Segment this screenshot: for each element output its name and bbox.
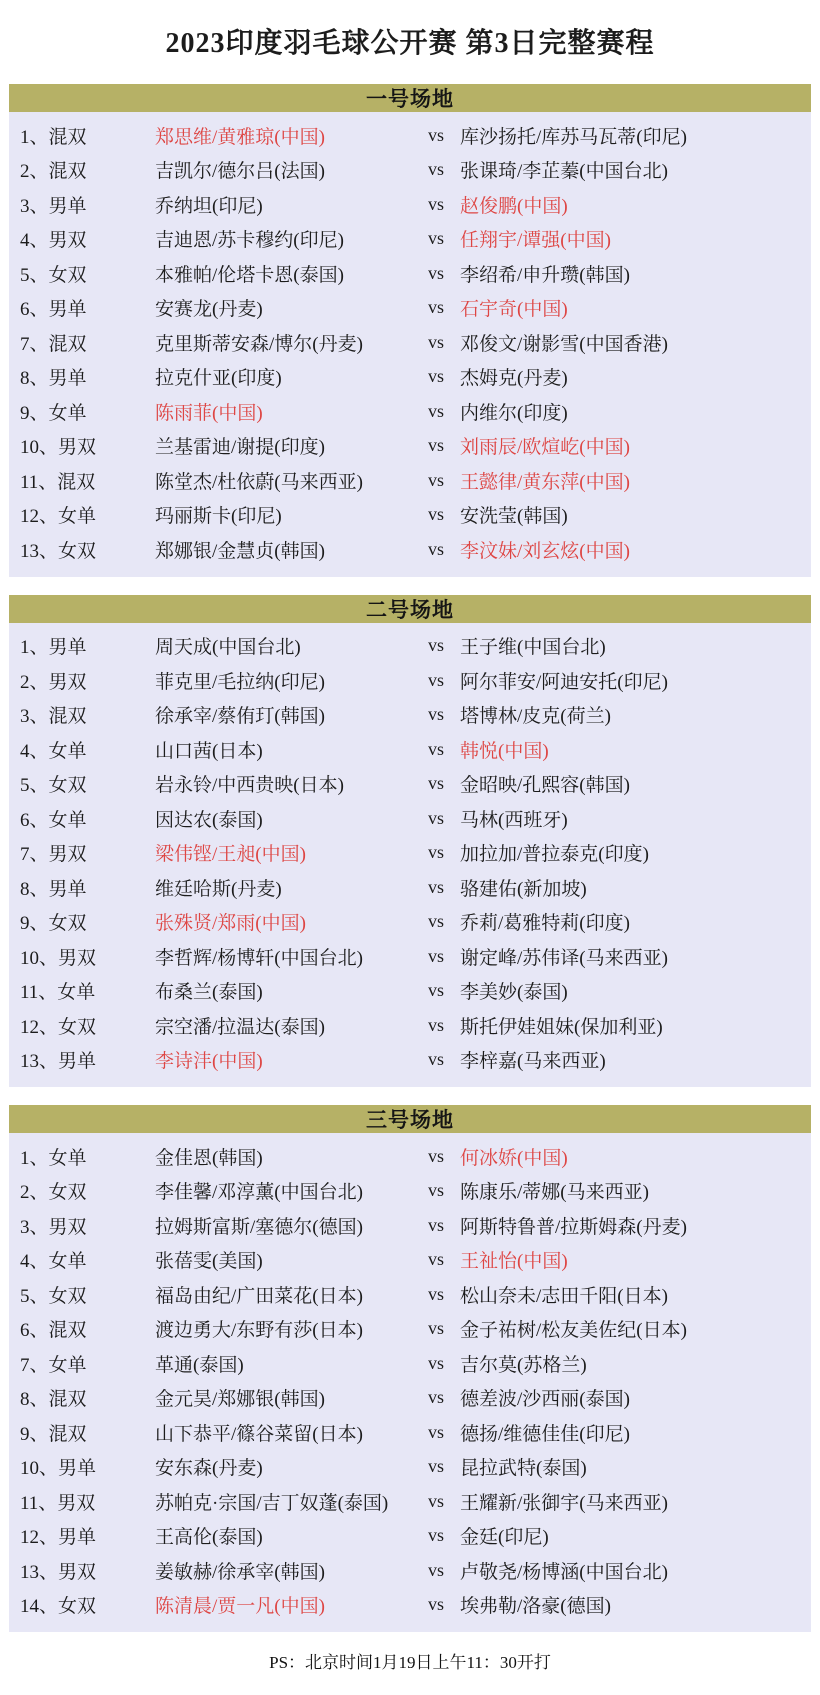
player-left: 玛丽斯卡(印尼) xyxy=(155,501,428,528)
match-number-and-event: 2、女双 xyxy=(20,1177,155,1204)
court-section: 一号场地 1、混双郑思维/黄雅琼(中国)vs库沙扬托/库苏马瓦蒂(印尼)2、混双… xyxy=(9,84,811,577)
match-row: 4、女单山口茜(日本)vs韩悦(中国) xyxy=(9,732,811,767)
vs-label: vs xyxy=(428,228,460,249)
vs-label: vs xyxy=(428,1249,460,1270)
player-left: 金元昊/郑娜银(韩国) xyxy=(155,1384,428,1411)
match-row: 9、女双张殊贤/郑雨(中国)vs乔莉/葛雅特莉(印度) xyxy=(9,905,811,940)
player-right: 李美妙(泰国) xyxy=(460,977,811,1004)
page-footer: PS：北京时间1月19日上午11：30开打 xyxy=(0,1648,820,1673)
vs-label: vs xyxy=(428,1015,460,1036)
match-number-and-event: 5、女双 xyxy=(20,770,155,797)
match-number-and-event: 12、女单 xyxy=(20,501,155,528)
match-row: 5、女双本雅帕/伦塔卡恩(泰国)vs李绍希/申升瓒(韩国) xyxy=(9,256,811,291)
player-left: 周天成(中国台北) xyxy=(155,632,428,659)
vs-label: vs xyxy=(428,159,460,180)
vs-label: vs xyxy=(428,1387,460,1408)
player-left: 张殊贤/郑雨(中国) xyxy=(155,908,428,935)
player-left: 郑娜银/金慧贞(韩国) xyxy=(155,536,428,563)
vs-label: vs xyxy=(428,670,460,691)
match-row: 7、混双克里斯蒂安森/博尔(丹麦)vs邓俊文/谢影雪(中国香港) xyxy=(9,325,811,360)
court-title: 一号场地 xyxy=(366,83,454,113)
vs-label: vs xyxy=(428,635,460,656)
vs-label: vs xyxy=(428,470,460,491)
match-number-and-event: 7、女单 xyxy=(20,1350,155,1377)
court-title: 三号场地 xyxy=(366,1104,454,1134)
player-right: 骆建佑(新加坡) xyxy=(460,874,811,901)
player-right: 松山奈未/志田千阳(日本) xyxy=(460,1281,811,1308)
vs-label: vs xyxy=(428,1180,460,1201)
vs-label: vs xyxy=(428,401,460,422)
player-right: 德扬/维德佳佳(印尼) xyxy=(460,1419,811,1446)
match-row: 1、混双郑思维/黄雅琼(中国)vs库沙扬托/库苏马瓦蒂(印尼) xyxy=(9,118,811,153)
match-number-and-event: 11、男双 xyxy=(20,1488,155,1515)
match-row: 11、男双苏帕克·宗国/吉丁奴蓬(泰国)vs王耀新/张御宇(马来西亚) xyxy=(9,1484,811,1519)
player-right: 马林(西班牙) xyxy=(460,805,811,832)
player-left: 吉迪恩/苏卡穆约(印尼) xyxy=(155,225,428,252)
player-left: 姜敏赫/徐承宰(韩国) xyxy=(155,1557,428,1584)
player-right: 塔博林/皮克(荷兰) xyxy=(460,701,811,728)
match-row: 11、女单布桑兰(泰国)vs李美妙(泰国) xyxy=(9,974,811,1009)
player-left: 郑思维/黄雅琼(中国) xyxy=(155,122,428,149)
player-left: 山下恭平/篠谷菜留(日本) xyxy=(155,1419,428,1446)
match-row: 4、男双吉迪恩/苏卡穆约(印尼)vs任翔宇/谭强(中国) xyxy=(9,222,811,257)
player-left: 拉姆斯富斯/塞德尔(德国) xyxy=(155,1212,428,1239)
player-right: 陈康乐/蒂娜(马来西亚) xyxy=(460,1177,811,1204)
match-number-and-event: 10、男单 xyxy=(20,1453,155,1480)
vs-label: vs xyxy=(428,1456,460,1477)
vs-label: vs xyxy=(428,911,460,932)
match-row: 9、混双山下恭平/篠谷菜留(日本)vs德扬/维德佳佳(印尼) xyxy=(9,1415,811,1450)
match-number-and-event: 9、混双 xyxy=(20,1419,155,1446)
player-right: 王祉怡(中国) xyxy=(460,1246,811,1273)
vs-label: vs xyxy=(428,980,460,1001)
vs-label: vs xyxy=(428,1049,460,1070)
player-right: 斯托伊娃姐妹(保加利亚) xyxy=(460,1012,811,1039)
player-right: 刘雨辰/欧煊屹(中国) xyxy=(460,432,811,459)
match-number-and-event: 7、混双 xyxy=(20,329,155,356)
match-row: 12、男单王高伦(泰国)vs金廷(印尼) xyxy=(9,1519,811,1554)
match-row: 6、女单因达农(泰国)vs马林(西班牙) xyxy=(9,801,811,836)
match-number-and-event: 9、女单 xyxy=(20,398,155,425)
match-number-and-event: 12、男单 xyxy=(20,1522,155,1549)
player-right: 安洗莹(韩国) xyxy=(460,501,811,528)
match-row: 6、混双渡边勇大/东野有莎(日本)vs金子祐树/松友美佐纪(日本) xyxy=(9,1312,811,1347)
vs-label: vs xyxy=(428,297,460,318)
player-left: 陈堂杰/杜依蔚(马来西亚) xyxy=(155,467,428,494)
player-left: 安赛龙(丹麦) xyxy=(155,294,428,321)
match-row: 1、女单金佳恩(韩国)vs何冰娇(中国) xyxy=(9,1139,811,1174)
player-left: 张蓓雯(美国) xyxy=(155,1246,428,1273)
vs-label: vs xyxy=(428,539,460,560)
player-right: 金昭映/孔熙容(韩国) xyxy=(460,770,811,797)
vs-label: vs xyxy=(428,946,460,967)
player-left: 李诗沣(中国) xyxy=(155,1046,428,1073)
player-right: 李汶妹/刘玄炫(中国) xyxy=(460,536,811,563)
player-left: 拉克什亚(印度) xyxy=(155,363,428,390)
vs-label: vs xyxy=(428,1594,460,1615)
vs-label: vs xyxy=(428,1422,460,1443)
match-number-and-event: 2、混双 xyxy=(20,156,155,183)
match-row: 3、男双拉姆斯富斯/塞德尔(德国)vs阿斯特鲁普/拉斯姆森(丹麦) xyxy=(9,1208,811,1243)
player-left: 宗空潘/拉温达(泰国) xyxy=(155,1012,428,1039)
match-number-and-event: 13、女双 xyxy=(20,536,155,563)
match-row: 13、男双姜敏赫/徐承宰(韩国)vs卢敬尧/杨博涵(中国台北) xyxy=(9,1553,811,1588)
player-right: 德差波/沙西丽(泰国) xyxy=(460,1384,811,1411)
player-left: 因达农(泰国) xyxy=(155,805,428,832)
match-row: 3、混双徐承宰/蔡侑玎(韩国)vs塔博林/皮克(荷兰) xyxy=(9,698,811,733)
vs-label: vs xyxy=(428,1318,460,1339)
player-right: 张课琦/李芷蓁(中国台北) xyxy=(460,156,811,183)
player-left: 布桑兰(泰国) xyxy=(155,977,428,1004)
player-left: 徐承宰/蔡侑玎(韩国) xyxy=(155,701,428,728)
vs-label: vs xyxy=(428,842,460,863)
court-header: 一号场地 xyxy=(9,84,811,112)
match-number-and-event: 8、男单 xyxy=(20,874,155,901)
match-row: 10、男双李哲辉/杨博轩(中国台北)vs谢定峰/苏伟译(马来西亚) xyxy=(9,939,811,974)
player-right: 王懿律/黄东萍(中国) xyxy=(460,467,811,494)
match-row: 8、男单维廷哈斯(丹麦)vs骆建佑(新加坡) xyxy=(9,870,811,905)
player-right: 石宇奇(中国) xyxy=(460,294,811,321)
match-number-and-event: 11、混双 xyxy=(20,467,155,494)
match-number-and-event: 5、女双 xyxy=(20,260,155,287)
vs-label: vs xyxy=(428,332,460,353)
vs-label: vs xyxy=(428,366,460,387)
vs-label: vs xyxy=(428,435,460,456)
match-number-and-event: 3、混双 xyxy=(20,701,155,728)
vs-label: vs xyxy=(428,1284,460,1305)
player-right: 杰姆克(丹麦) xyxy=(460,363,811,390)
player-right: 谢定峰/苏伟译(马来西亚) xyxy=(460,943,811,970)
court-section: 二号场地 1、男单周天成(中国台北)vs王子维(中国台北)2、男双菲克里/毛拉纳… xyxy=(9,595,811,1088)
match-row: 7、女单革通(泰国)vs吉尔莫(苏格兰) xyxy=(9,1346,811,1381)
match-number-and-event: 4、女单 xyxy=(20,1246,155,1273)
vs-label: vs xyxy=(428,877,460,898)
vs-label: vs xyxy=(428,1353,460,1374)
player-right: 任翔宇/谭强(中国) xyxy=(460,225,811,252)
match-number-and-event: 13、男双 xyxy=(20,1557,155,1584)
player-left: 梁伟铿/王昶(中国) xyxy=(155,839,428,866)
match-number-and-event: 1、男单 xyxy=(20,632,155,659)
player-right: 埃弗勒/洛豪(德国) xyxy=(460,1591,811,1618)
match-number-and-event: 9、女双 xyxy=(20,908,155,935)
player-left: 克里斯蒂安森/博尔(丹麦) xyxy=(155,329,428,356)
vs-label: vs xyxy=(428,1491,460,1512)
vs-label: vs xyxy=(428,1525,460,1546)
player-left: 金佳恩(韩国) xyxy=(155,1143,428,1170)
match-row: 1、男单周天成(中国台北)vs王子维(中国台北) xyxy=(9,629,811,664)
player-left: 渡边勇大/东野有莎(日本) xyxy=(155,1315,428,1342)
player-right: 阿斯特鲁普/拉斯姆森(丹麦) xyxy=(460,1212,811,1239)
match-row: 2、混双吉凯尔/德尔吕(法国)vs张课琦/李芷蓁(中国台北) xyxy=(9,153,811,188)
match-row: 10、男双兰基雷迪/谢提(印度)vs刘雨辰/欧煊屹(中国) xyxy=(9,429,811,464)
match-row: 3、男单乔纳坦(印尼)vs赵俊鹏(中国) xyxy=(9,187,811,222)
player-left: 李佳馨/邓淳薰(中国台北) xyxy=(155,1177,428,1204)
player-right: 王耀新/张御宇(马来西亚) xyxy=(460,1488,811,1515)
court-section: 三号场地 1、女单金佳恩(韩国)vs何冰娇(中国)2、女双李佳馨/邓淳薰(中国台… xyxy=(9,1105,811,1632)
match-number-and-event: 3、男双 xyxy=(20,1212,155,1239)
vs-label: vs xyxy=(428,1215,460,1236)
match-number-and-event: 1、女单 xyxy=(20,1143,155,1170)
match-number-and-event: 12、女双 xyxy=(20,1012,155,1039)
match-number-and-event: 10、男双 xyxy=(20,943,155,970)
vs-label: vs xyxy=(428,504,460,525)
player-left: 山口茜(日本) xyxy=(155,736,428,763)
match-row: 12、女双宗空潘/拉温达(泰国)vs斯托伊娃姐妹(保加利亚) xyxy=(9,1008,811,1043)
match-number-and-event: 5、女双 xyxy=(20,1281,155,1308)
match-number-and-event: 8、男单 xyxy=(20,363,155,390)
match-number-and-event: 4、男双 xyxy=(20,225,155,252)
player-right: 乔莉/葛雅特莉(印度) xyxy=(460,908,811,935)
match-row: 11、混双陈堂杰/杜依蔚(马来西亚)vs王懿律/黄东萍(中国) xyxy=(9,463,811,498)
match-number-and-event: 6、男单 xyxy=(20,294,155,321)
vs-label: vs xyxy=(428,1560,460,1581)
player-left: 兰基雷迪/谢提(印度) xyxy=(155,432,428,459)
page-title: 2023印度羽毛球公开赛 第3日完整赛程 xyxy=(0,26,820,62)
vs-label: vs xyxy=(428,808,460,829)
vs-label: vs xyxy=(428,773,460,794)
court-rows: 1、男单周天成(中国台北)vs王子维(中国台北)2、男双菲克里/毛拉纳(印尼)v… xyxy=(9,623,811,1088)
player-right: 邓俊文/谢影雪(中国香港) xyxy=(460,329,811,356)
court-rows: 1、混双郑思维/黄雅琼(中国)vs库沙扬托/库苏马瓦蒂(印尼)2、混双吉凯尔/德… xyxy=(9,112,811,577)
player-left: 李哲辉/杨博轩(中国台北) xyxy=(155,943,428,970)
vs-label: vs xyxy=(428,739,460,760)
player-left: 苏帕克·宗国/吉丁奴蓬(泰国) xyxy=(155,1488,428,1515)
player-right: 王子维(中国台北) xyxy=(460,632,811,659)
courts: 一号场地 1、混双郑思维/黄雅琼(中国)vs库沙扬托/库苏马瓦蒂(印尼)2、混双… xyxy=(0,84,820,1632)
court-header: 二号场地 xyxy=(9,595,811,623)
match-row: 2、男双菲克里/毛拉纳(印尼)vs阿尔菲安/阿迪安托(印尼) xyxy=(9,663,811,698)
vs-label: vs xyxy=(428,194,460,215)
match-row: 8、混双金元昊/郑娜银(韩国)vs德差波/沙西丽(泰国) xyxy=(9,1381,811,1416)
match-number-and-event: 1、混双 xyxy=(20,122,155,149)
match-row: 2、女双李佳馨/邓淳薰(中国台北)vs陈康乐/蒂娜(马来西亚) xyxy=(9,1174,811,1209)
player-right: 昆拉武特(泰国) xyxy=(460,1453,811,1480)
player-right: 金廷(印尼) xyxy=(460,1522,811,1549)
match-row: 8、男单拉克什亚(印度)vs杰姆克(丹麦) xyxy=(9,360,811,395)
match-row: 13、男单李诗沣(中国)vs李梓嘉(马来西亚) xyxy=(9,1043,811,1078)
player-left: 吉凯尔/德尔吕(法国) xyxy=(155,156,428,183)
court-title: 二号场地 xyxy=(366,594,454,624)
match-row: 9、女单陈雨菲(中国)vs内维尔(印度) xyxy=(9,394,811,429)
player-right: 库沙扬托/库苏马瓦蒂(印尼) xyxy=(460,122,811,149)
player-left: 维廷哈斯(丹麦) xyxy=(155,874,428,901)
match-number-and-event: 13、男单 xyxy=(20,1046,155,1073)
vs-label: vs xyxy=(428,125,460,146)
match-number-and-event: 7、男双 xyxy=(20,839,155,866)
player-left: 安东森(丹麦) xyxy=(155,1453,428,1480)
match-number-and-event: 3、男单 xyxy=(20,191,155,218)
player-right: 吉尔莫(苏格兰) xyxy=(460,1350,811,1377)
court-header: 三号场地 xyxy=(9,1105,811,1133)
player-right: 卢敬尧/杨博涵(中国台北) xyxy=(460,1557,811,1584)
match-number-and-event: 6、混双 xyxy=(20,1315,155,1342)
match-number-and-event: 4、女单 xyxy=(20,736,155,763)
match-row: 6、男单安赛龙(丹麦)vs石宇奇(中国) xyxy=(9,291,811,326)
player-right: 赵俊鹏(中国) xyxy=(460,191,811,218)
player-right: 阿尔菲安/阿迪安托(印尼) xyxy=(460,667,811,694)
match-number-and-event: 10、男双 xyxy=(20,432,155,459)
match-row: 12、女单玛丽斯卡(印尼)vs安洗莹(韩国) xyxy=(9,498,811,533)
player-left: 菲克里/毛拉纳(印尼) xyxy=(155,667,428,694)
player-right: 何冰娇(中国) xyxy=(460,1143,811,1170)
vs-label: vs xyxy=(428,704,460,725)
player-right: 李绍希/申升瓒(韩国) xyxy=(460,260,811,287)
player-right: 内维尔(印度) xyxy=(460,398,811,425)
player-left: 陈清晨/贾一凡(中国) xyxy=(155,1591,428,1618)
match-row: 5、女双福岛由纪/广田菜花(日本)vs松山奈未/志田千阳(日本) xyxy=(9,1277,811,1312)
player-left: 福岛由纪/广田菜花(日本) xyxy=(155,1281,428,1308)
match-number-and-event: 8、混双 xyxy=(20,1384,155,1411)
match-row: 5、女双岩永铃/中西贵映(日本)vs金昭映/孔熙容(韩国) xyxy=(9,767,811,802)
match-row: 7、男双梁伟铿/王昶(中国)vs加拉加/普拉泰克(印度) xyxy=(9,836,811,871)
player-right: 加拉加/普拉泰克(印度) xyxy=(460,839,811,866)
match-row: 4、女单张蓓雯(美国)vs王祉怡(中国) xyxy=(9,1243,811,1278)
match-row: 10、男单安东森(丹麦)vs昆拉武特(泰国) xyxy=(9,1450,811,1485)
player-left: 革通(泰国) xyxy=(155,1350,428,1377)
player-right: 李梓嘉(马来西亚) xyxy=(460,1046,811,1073)
match-number-and-event: 11、女单 xyxy=(20,977,155,1004)
court-rows: 1、女单金佳恩(韩国)vs何冰娇(中国)2、女双李佳馨/邓淳薰(中国台北)vs陈… xyxy=(9,1133,811,1632)
player-left: 本雅帕/伦塔卡恩(泰国) xyxy=(155,260,428,287)
player-left: 岩永铃/中西贵映(日本) xyxy=(155,770,428,797)
player-left: 王高伦(泰国) xyxy=(155,1522,428,1549)
vs-label: vs xyxy=(428,263,460,284)
match-number-and-event: 14、女双 xyxy=(20,1591,155,1618)
player-right: 金子祐树/松友美佐纪(日本) xyxy=(460,1315,811,1342)
player-left: 乔纳坦(印尼) xyxy=(155,191,428,218)
vs-label: vs xyxy=(428,1146,460,1167)
match-number-and-event: 6、女单 xyxy=(20,805,155,832)
player-right: 韩悦(中国) xyxy=(460,736,811,763)
player-left: 陈雨菲(中国) xyxy=(155,398,428,425)
match-row: 13、女双郑娜银/金慧贞(韩国)vs李汶妹/刘玄炫(中国) xyxy=(9,532,811,567)
match-row: 14、女双陈清晨/贾一凡(中国)vs埃弗勒/洛豪(德国) xyxy=(9,1588,811,1623)
match-number-and-event: 2、男双 xyxy=(20,667,155,694)
